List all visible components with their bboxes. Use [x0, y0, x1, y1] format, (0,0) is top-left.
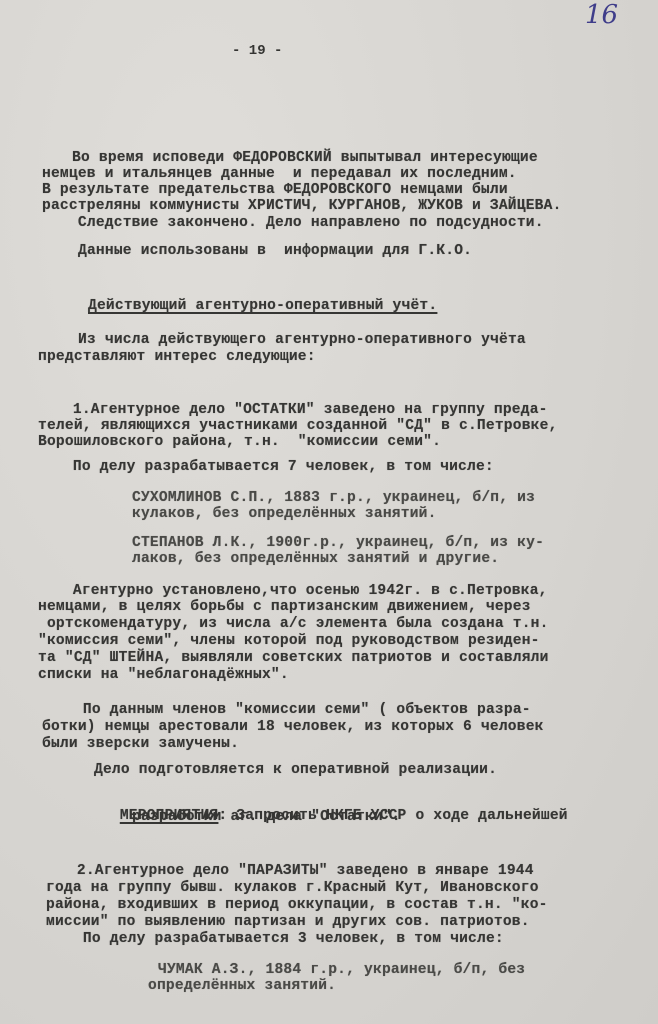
gko-note: Данные использованы в информации для Г.К…	[78, 243, 472, 259]
case1-line: телей, являющихся участниками созданной …	[38, 418, 558, 434]
person-entry: СТЕПАНОВ Л.К., 1900г.р., украинец, б/п, …	[132, 535, 544, 551]
case2-line: По делу разрабатывается 3 человек, в том…	[56, 931, 504, 947]
case1-line: По делу разрабатывается 7 человек, в том…	[46, 459, 494, 475]
intro-line: расстреляны коммунисты ХРИСТИЧ, КУРГАНОВ…	[42, 198, 562, 214]
intro-line: Во время исповеди ФЕДОРОВСКИЙ выпытывал …	[72, 150, 538, 166]
case1-status: Дело подготовляется к оперативной реализ…	[94, 762, 497, 778]
person-entry: лаков, без определённых занятий и другие…	[132, 551, 499, 567]
findings-line: та "СД" ШТЕЙНА, выявляли советских патри…	[38, 650, 549, 666]
intro-line: Следствие закончено. Дело направлено по …	[60, 215, 544, 231]
section-heading: Действующий агентурно-оперативный учёт.	[88, 298, 437, 314]
findings-line: Агентурно установлено,что осенью 1942г. …	[46, 583, 548, 599]
archive-sheet-number: 16	[585, 0, 618, 30]
arrests-line: были зверски замучены.	[42, 736, 239, 752]
case2-line: 2.Агентурное дело "ПАРАЗИТЫ" заведено в …	[50, 863, 534, 879]
arrests-line: ботки) немцы арестовали 18 человек, из к…	[42, 719, 544, 735]
findings-line: списки на "неблагонадёжных".	[38, 667, 289, 683]
intro-line: немцев и итальянцев данные и передавал и…	[42, 166, 517, 182]
findings-line: "комиссия семи", члены которой под руков…	[38, 633, 540, 649]
case2-line: года на группу бывш. кулаков г.Красный К…	[46, 880, 539, 896]
case2-line: миссии" по выявлению партизан и других с…	[46, 914, 530, 930]
findings-line: немцами, в целях борьбы с партизанским д…	[38, 599, 531, 615]
findings-line: ортскомендатуру, из числа а/с элемента б…	[38, 616, 549, 632]
person-entry: кулаков, без определённых занятий.	[132, 506, 437, 522]
section-intro-line: представляют интерес следующие:	[38, 349, 316, 365]
measures-line: разработки аг. дела "Остатки".	[132, 809, 401, 825]
person-entry: СУХОМЛИНОВ С.П., 1883 г.р., украинец, б/…	[132, 490, 535, 506]
page-number: - 19 -	[232, 43, 282, 59]
person-entry: ЧУМАК А.З., 1884 г.р., украинец, б/п, бе…	[158, 962, 525, 978]
case2-line: района, входивших в период оккупации, в …	[46, 897, 548, 913]
intro-line: В результате предательства ФЕДОРОВСКОГО …	[42, 182, 508, 198]
arrests-line: По данным членов "комиссии семи" ( объек…	[56, 702, 531, 718]
document-page: 16 - 19 - Во время исповеди ФЕДОРОВСКИЙ …	[0, 0, 658, 1024]
case1-line: Ворошиловского района, т.н. "комиссии се…	[38, 434, 441, 450]
section-intro-line: Из числа действующего агентурно-оператив…	[78, 332, 526, 348]
person-entry: определённых занятий.	[148, 978, 336, 994]
case1-line: 1.Агентурное дело "ОСТАТКИ" заведено на …	[46, 402, 548, 418]
